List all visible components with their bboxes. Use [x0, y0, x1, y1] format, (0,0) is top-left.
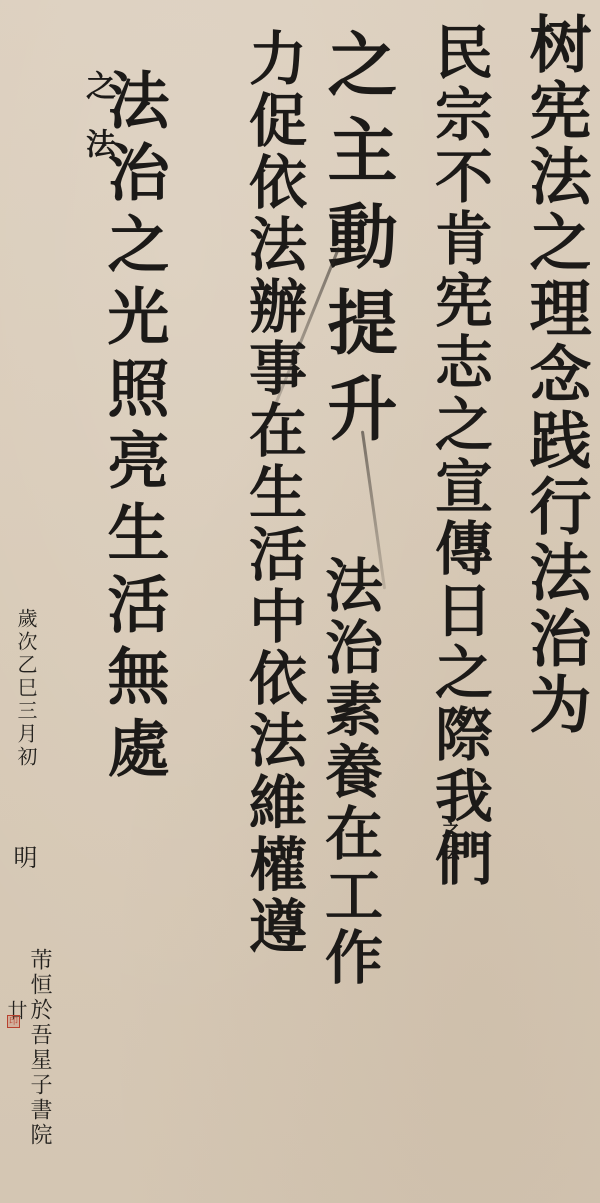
calligraphy-column-4: 法治素養在工作 — [320, 555, 378, 989]
calligraphy-column-7-side-marks: 之法 — [82, 70, 112, 186]
calligraphy-scroll: 树宪法之理念践行法治为 民宗不肯宪志之宣傳日之際我們 之法 之主動提升 法治素養… — [0, 0, 600, 1203]
calligraphy-column-2: 民宗不肯宪志之宣傳日之際我們 — [430, 22, 488, 890]
calligraphy-column-5: 力促依法辦事在生活中依法維權遵 — [244, 28, 302, 958]
inscription-date: 歲次乙巳三月初 — [12, 608, 41, 769]
red-seal-stamp: 印 — [7, 1015, 20, 1028]
inscription-line-2: 明 — [6, 845, 41, 872]
inscription-signature: 芾恒於吾星子書院 — [24, 948, 55, 1148]
calligraphy-column-2-annotation: 之法 — [440, 820, 458, 864]
calligraphy-column-3: 之主動提升 — [322, 28, 392, 458]
calligraphy-column-1: 树宪法之理念践行法治为 — [524, 12, 586, 738]
